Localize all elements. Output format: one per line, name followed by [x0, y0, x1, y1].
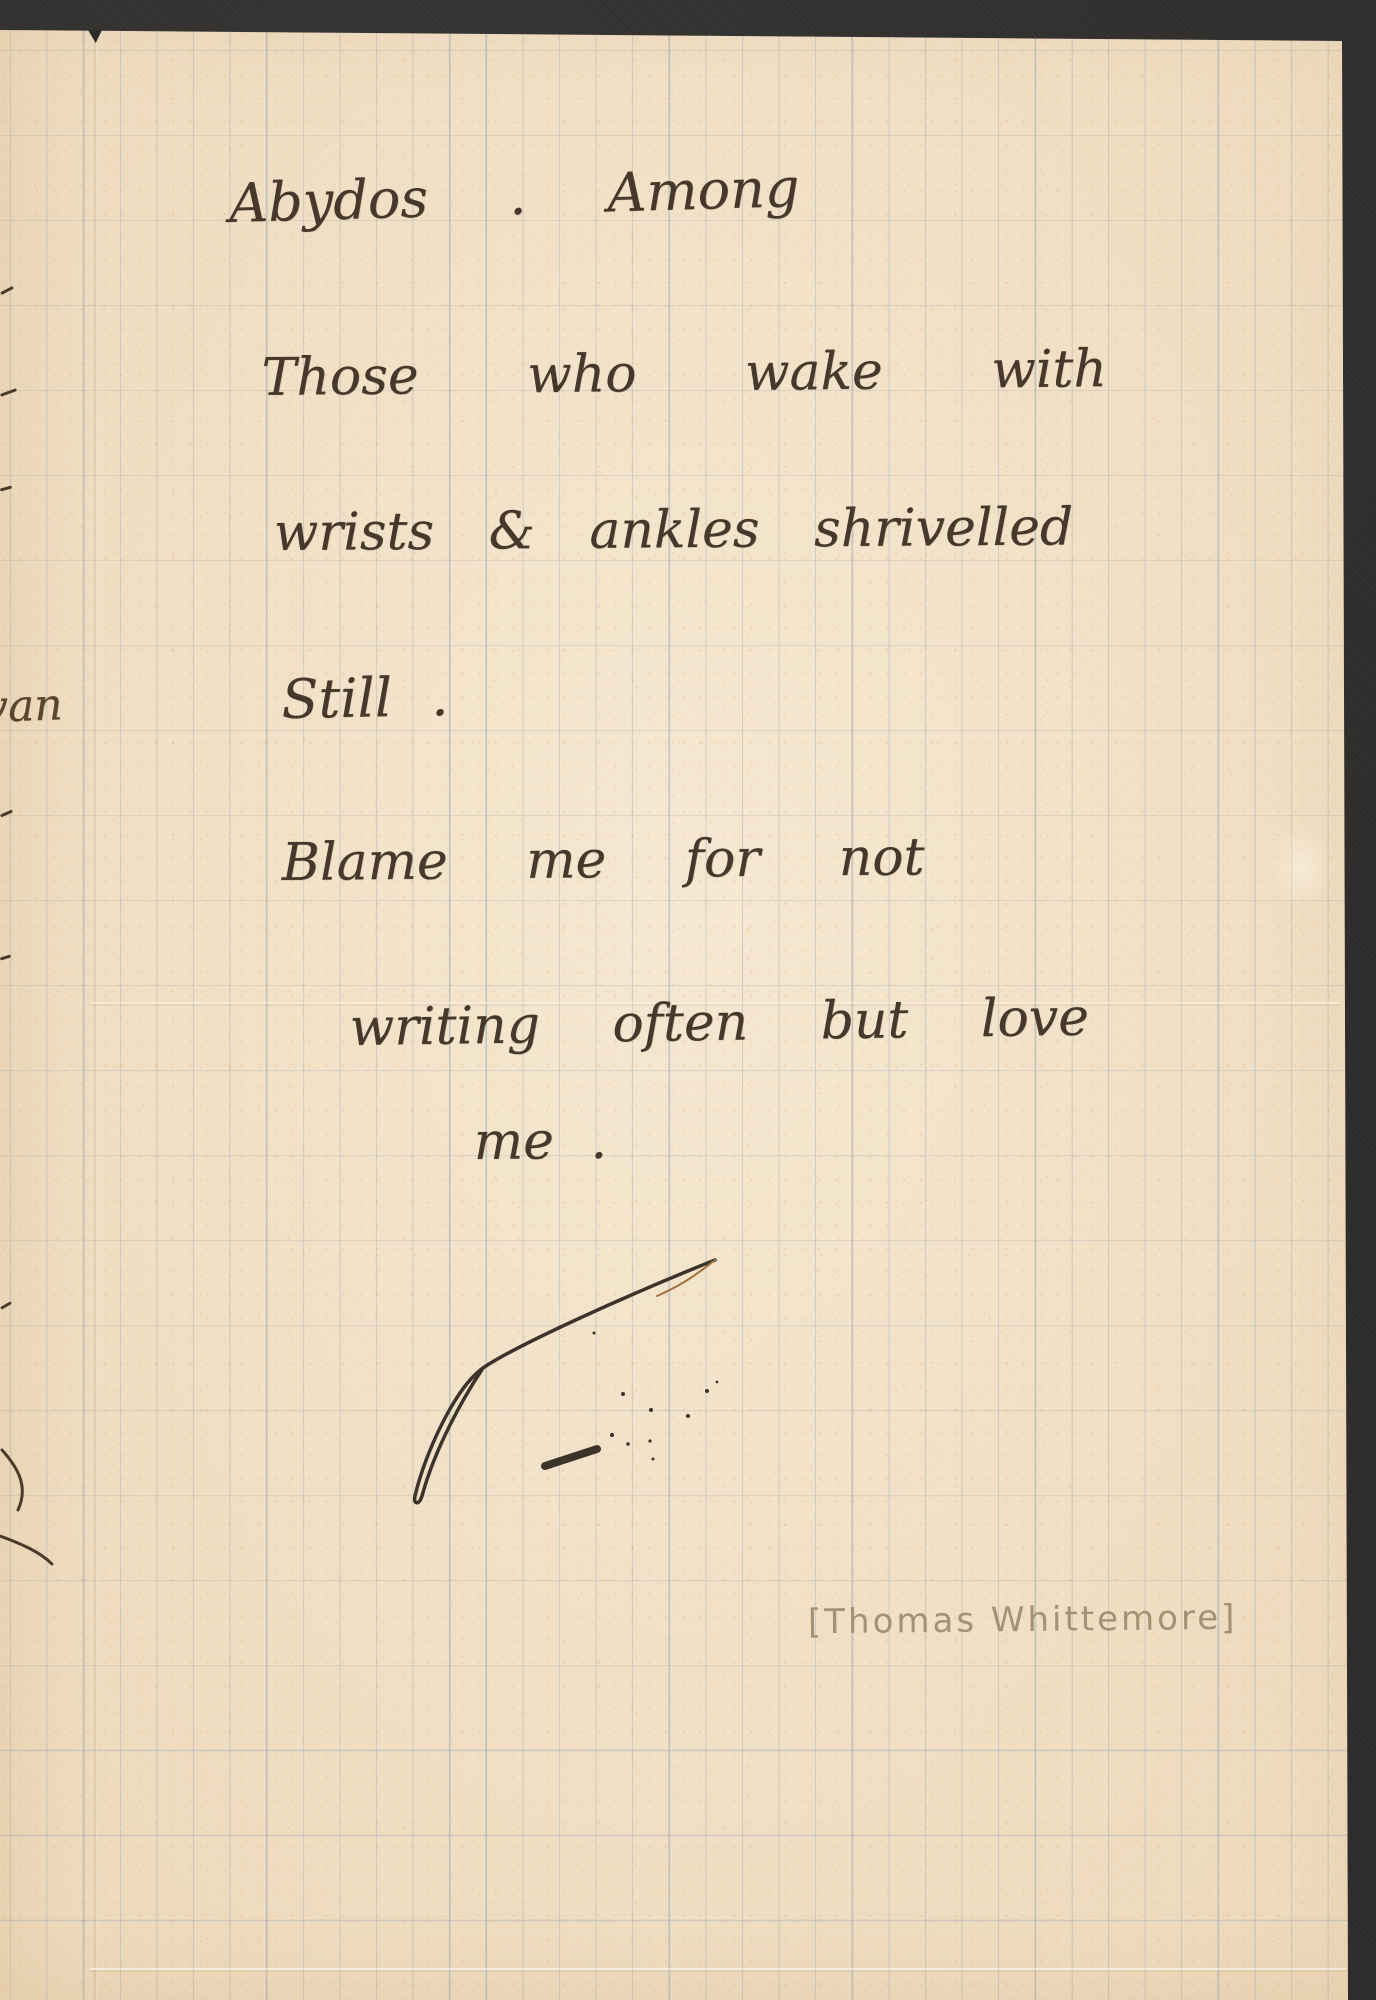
bottom-left-ink-curve — [0, 1440, 60, 1580]
handwriting-line-3: wrists & ankles shrivelled — [274, 497, 1074, 563]
handwriting-line-5: Blame me for not — [281, 827, 924, 893]
handwriting-line-2: Those who wake with — [261, 339, 1107, 408]
handwriting-line-6: writing often but love — [349, 988, 1089, 1058]
signature-flourish — [385, 1238, 730, 1523]
page-fold-line — [93, 30, 97, 2000]
bottom-crease — [90, 1968, 1346, 1970]
handwriting-line-7: me . — [473, 1111, 607, 1172]
edge-fragment-word: van — [0, 679, 63, 733]
scanned-letter: Abydos . Among Those who wake with wrist… — [0, 0, 1376, 2000]
curator-annotation: [Thomas Whittemore] — [808, 1598, 1238, 1642]
handwriting-line-4: Still . — [281, 665, 449, 731]
paper-scuff — [1272, 822, 1332, 912]
ink-dots — [593, 1332, 719, 1461]
